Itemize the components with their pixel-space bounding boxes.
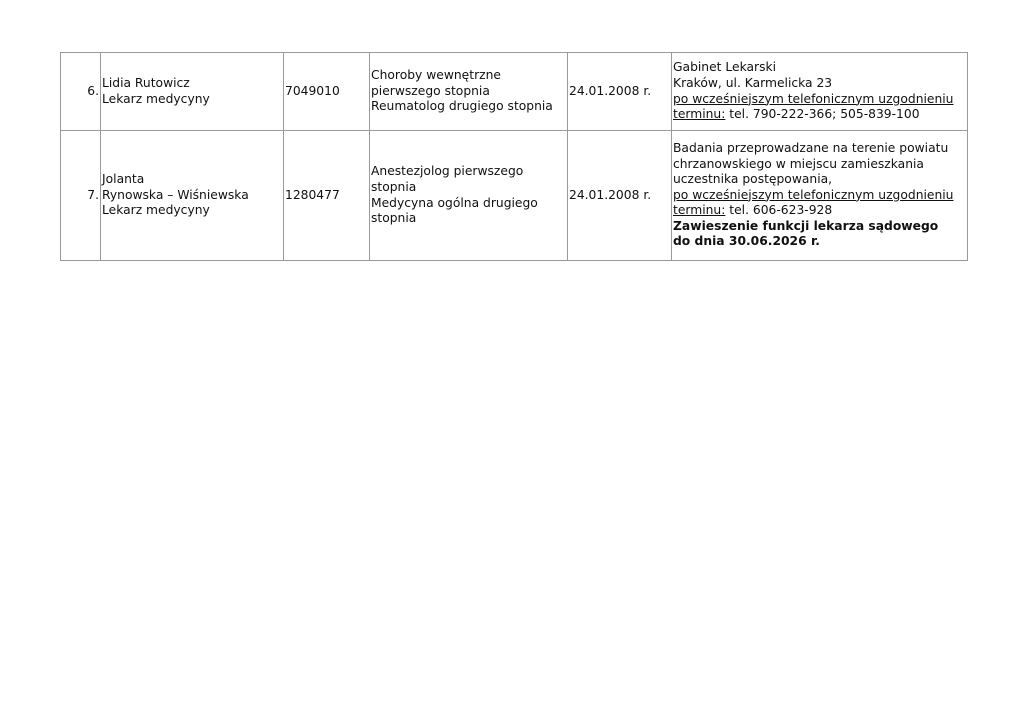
table-row: 7. Jolanta Rynowska – Wiśniewska Lekarz … [61,131,968,261]
phone-numbers: tel. 790-222-366; 505-839-100 [725,107,919,121]
license-number: 1280477 [284,131,370,261]
appointment-date: 24.01.2008 r. [568,53,672,131]
address-line: Kraków, ul. Karmelicka 23 [673,76,966,92]
row-number: 6. [61,53,101,131]
specialization-line: Choroby wewnętrzne [371,68,566,84]
license-number: 7049010 [284,53,370,131]
specialization-cell: Choroby wewnętrzne pierwszego stopnia Re… [370,53,568,131]
address-line: chrzanowskiego w miejscu zamieszkania [673,157,966,173]
appointment-note: po wcześniejszym telefonicznym uzgodnien… [673,92,966,108]
term-label: terminu: [673,107,725,121]
specialization-line: Medycyna ogólna drugiego [371,196,566,212]
doctor-last-name: Rynowska – Wiśniewska [102,188,282,204]
doctors-table: 6. Lidia Rutowicz Lekarz medycyny 704901… [60,52,968,261]
specialization-line: pierwszego stopnia [371,84,566,100]
specialization-line: stopnia [371,211,566,227]
suspension-date: do dnia 30.06.2026 r. [673,234,966,250]
address-line: uczestnika postępowania, [673,172,966,188]
appointment-note: po wcześniejszym telefonicznym uzgodnien… [673,188,966,204]
row-number: 7. [61,131,101,261]
suspension-notice: Zawieszenie funkcji lekarza sądowego [673,219,966,235]
appointment-date: 24.01.2008 r. [568,131,672,261]
doctor-title: Lekarz medycyny [102,92,282,108]
specialization-line: Reumatolog drugiego stopnia [371,99,566,115]
phone-line: terminu: tel. 790-222-366; 505-839-100 [673,107,966,123]
specialization-line: Anestezjolog pierwszego [371,164,566,180]
specialization-line: stopnia [371,180,566,196]
doctor-first-name: Jolanta [102,172,282,188]
address-cell: Gabinet Lekarski Kraków, ul. Karmelicka … [672,53,968,131]
doctor-title: Lekarz medycyny [102,203,282,219]
address-line: Badania przeprowadzane na terenie powiat… [673,141,966,157]
phone-line: terminu: tel. 606-623-928 [673,203,966,219]
table-row: 6. Lidia Rutowicz Lekarz medycyny 704901… [61,53,968,131]
term-label: terminu: [673,203,725,217]
doctor-name-cell: Lidia Rutowicz Lekarz medycyny [101,53,284,131]
phone-numbers: tel. 606-623-928 [725,203,832,217]
specialization-cell: Anestezjolog pierwszego stopnia Medycyna… [370,131,568,261]
address-cell: Badania przeprowadzane na terenie powiat… [672,131,968,261]
address-line: Gabinet Lekarski [673,60,966,76]
doctor-name-cell: Jolanta Rynowska – Wiśniewska Lekarz med… [101,131,284,261]
doctor-name: Lidia Rutowicz [102,76,282,92]
